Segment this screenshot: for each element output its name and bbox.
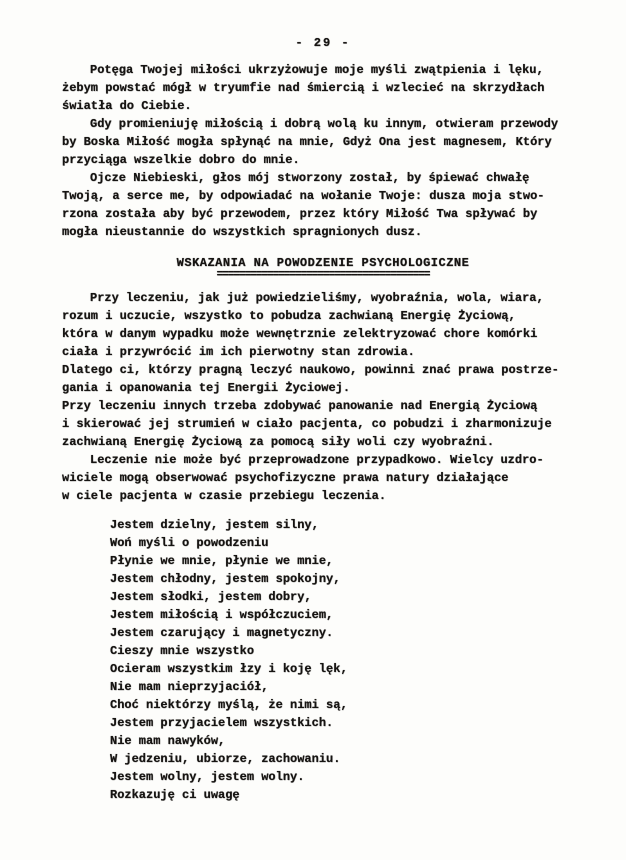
scanned-page: - 29 - Potęga Twojej miłości ukrzyżowuje… (0, 0, 626, 860)
document-paragraph: Przy leczeniu innych trzeba zdobywać pan… (62, 397, 584, 451)
text-line: światła do Ciebie. (62, 97, 584, 115)
text-line: Ojcze Niebieski, głos mój stworzony zost… (62, 169, 584, 187)
text-line: Dlatego ci, którzy pragną leczyć naukowo… (62, 361, 584, 379)
affirmation-line: Nie mam nawyków, (110, 732, 584, 750)
section-heading-block: WSKAZANIA NA POWODZENIE PSYCHOLOGICZNE =… (62, 254, 584, 280)
affirmation-line: Jestem chłodny, jestem spokojny, (110, 570, 584, 588)
affirmation-list: Jestem dzielny, jestem silny,Woń myśli o… (62, 516, 584, 804)
text-line: by Boska Miłość mogła spłynąć na mnie, G… (62, 133, 584, 151)
heading-underline: ====================================== (62, 270, 584, 280)
affirmation-line: Nie mam nieprzyjaciół, (110, 678, 584, 696)
affirmation-line: Jestem wolny, jestem wolny. (110, 768, 584, 786)
text-line: Twoją, a serce me, by odpowiadać na woła… (62, 187, 584, 205)
affirmation-line: Ocieram wszystkim łzy i koję lęk, (110, 660, 584, 678)
text-line: i skierować jej strumień w ciało pacjent… (62, 415, 584, 433)
text-line: Przy leczeniu, jak już powiedzieliśmy, w… (62, 289, 584, 307)
affirmation-line: Płynie we mnie, płynie we mnie, (110, 552, 584, 570)
affirmation-line: Jestem miłością i współczuciem, (110, 606, 584, 624)
affirmation-line: Jestem dzielny, jestem silny, (110, 516, 584, 534)
affirmation-line: Jestem czarujący i magnetyczny. (110, 624, 584, 642)
text-line: Przy leczeniu innych trzeba zdobywać pan… (62, 397, 584, 415)
affirmation-line: Jestem słodki, jestem dobry, (110, 588, 584, 606)
affirmation-line: Cieszy mnie wszystko (110, 642, 584, 660)
text-line: wiciele mogą obserwować psychofizyczne p… (62, 469, 584, 487)
intro-paragraphs: Potęga Twojej miłości ukrzyżowuje moje m… (62, 61, 584, 241)
affirmation-line: Rozkazuję ci uwagę (110, 786, 584, 804)
text-line: Leczenie nie może być przeprowadzone prz… (62, 451, 584, 469)
text-line: Gdy promieniuję miłością i dobrą wolą ku… (62, 115, 584, 133)
text-line: ciała i przywrócić im ich pierwotny stan… (62, 343, 584, 361)
text-line: przyciąga wszelkie dobro do mnie. (62, 151, 584, 169)
text-line: która w danym wypadku może wewnętrznie z… (62, 325, 584, 343)
affirmation-line: W jedzeniu, ubiorze, zachowaniu. (110, 750, 584, 768)
document-paragraph: Dlatego ci, którzy pragną leczyć naukowo… (62, 361, 584, 397)
document-paragraph: Przy leczeniu, jak już powiedzieliśmy, w… (62, 289, 584, 361)
document-paragraph: Potęga Twojej miłości ukrzyżowuje moje m… (62, 61, 584, 115)
document-paragraph: Leczenie nie może być przeprowadzone prz… (62, 451, 584, 505)
text-line: gania i opanowania tej Energii Życiowej. (62, 379, 584, 397)
text-line: Potęga Twojej miłości ukrzyżowuje moje m… (62, 61, 584, 79)
affirmation-line: Woń myśli o powodzeniu (110, 534, 584, 552)
document-paragraph: Ojcze Niebieski, głos mój stworzony zost… (62, 169, 584, 241)
affirmation-line: Jestem przyjacielem wszystkich. (110, 714, 584, 732)
text-line: żebym powstać mógł w tryumfie nad śmierc… (62, 79, 584, 97)
document-paragraph: Gdy promieniuję miłością i dobrą wolą ku… (62, 115, 584, 169)
text-line: mogła nieustannie do wszystkich spragnio… (62, 223, 584, 241)
section-paragraphs: Przy leczeniu, jak już powiedzieliśmy, w… (62, 289, 584, 505)
text-line: zachwianą Energię Życiową za pomocą siły… (62, 433, 584, 451)
affirmation-line: Choć niektórzy myślą, że nimi są, (110, 696, 584, 714)
text-line: rzona została aby być przewodem, przez k… (62, 205, 584, 223)
page-number: - 29 - (62, 34, 584, 52)
text-line: w ciele pacjenta w czasie przebiegu lecz… (62, 487, 584, 505)
text-line: rozum i uczucie, wszystko to pobudza zac… (62, 307, 584, 325)
